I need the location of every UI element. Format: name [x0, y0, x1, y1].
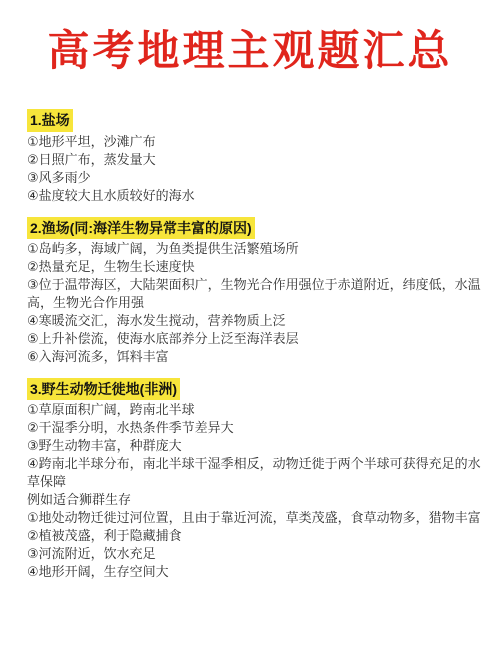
section-line: ①地形平坦，沙滩广布 — [27, 133, 488, 151]
section-line: ④跨南北半球分布，南北半球干湿季相反，动物迁徙于两个半球可获得充足的水草保障 — [27, 455, 488, 491]
document-page: 高考地理主观题汇总 1.盐场 ①地形平坦，沙滩广布 ②日照广布，蒸发量大 ③风多… — [0, 0, 500, 655]
section-line: ②干湿季分明，水热条件季节差异大 — [27, 419, 488, 437]
section-line: ③风多雨少 — [27, 169, 488, 187]
section-heading: 2.渔场(同:海洋生物异常丰富的原因) — [27, 217, 255, 239]
section-line: ⑥入海河流多，饵料丰富 — [27, 348, 488, 366]
section-fishery: 2.渔场(同:海洋生物异常丰富的原因) ①岛屿多，海域广阔，为鱼类提供生活繁殖场… — [27, 217, 488, 366]
section-saltfield: 1.盐场 ①地形平坦，沙滩广布 ②日照广布，蒸发量大 ③风多雨少 ④盐度较大且水… — [27, 109, 488, 204]
section-wildlife-migration: 3.野生动物迁徙地(非洲) ①草原面积广阔，跨南北半球 ②干湿季分明，水热条件季… — [27, 378, 488, 581]
section-line: ③野生动物丰富，种群庞大 — [27, 437, 488, 455]
section-line: ④盐度较大且水质较好的海水 — [27, 187, 488, 205]
section-line: ①岛屿多，海域广阔，为鱼类提供生活繁殖场所 — [27, 240, 488, 258]
section-line: 例如适合狮群生存 — [27, 491, 488, 509]
section-line: ②热量充足，生物生长速度快 — [27, 258, 488, 276]
section-line: ①地处动物迁徙过河位置，且由于靠近河流，草类茂盛，食草动物多，猎物丰富 — [27, 509, 488, 527]
section-line: ②日照广布，蒸发量大 — [27, 151, 488, 169]
section-heading: 1.盐场 — [27, 109, 73, 131]
section-line: ⑤上升补偿流，使海水底部养分上泛至海洋表层 — [27, 330, 488, 348]
section-line: ④地形开阔，生存空间大 — [27, 563, 488, 581]
section-line: ②植被茂盛，利于隐藏捕食 — [27, 527, 488, 545]
section-line: ④寒暖流交汇，海水发生搅动，营养物质上泛 — [27, 312, 488, 330]
section-heading: 3.野生动物迁徙地(非洲) — [27, 378, 180, 400]
section-line: ③位于温带海区，大陆架面积广，生物光合作用强位于赤道附近，纬度低，水温高，生物光… — [27, 276, 488, 312]
page-title: 高考地理主观题汇总 — [0, 0, 500, 76]
notes-content: 1.盐场 ①地形平坦，沙滩广布 ②日照广布，蒸发量大 ③风多雨少 ④盐度较大且水… — [0, 76, 500, 581]
section-line: ③河流附近，饮水充足 — [27, 545, 488, 563]
section-line: ①草原面积广阔，跨南北半球 — [27, 401, 488, 419]
